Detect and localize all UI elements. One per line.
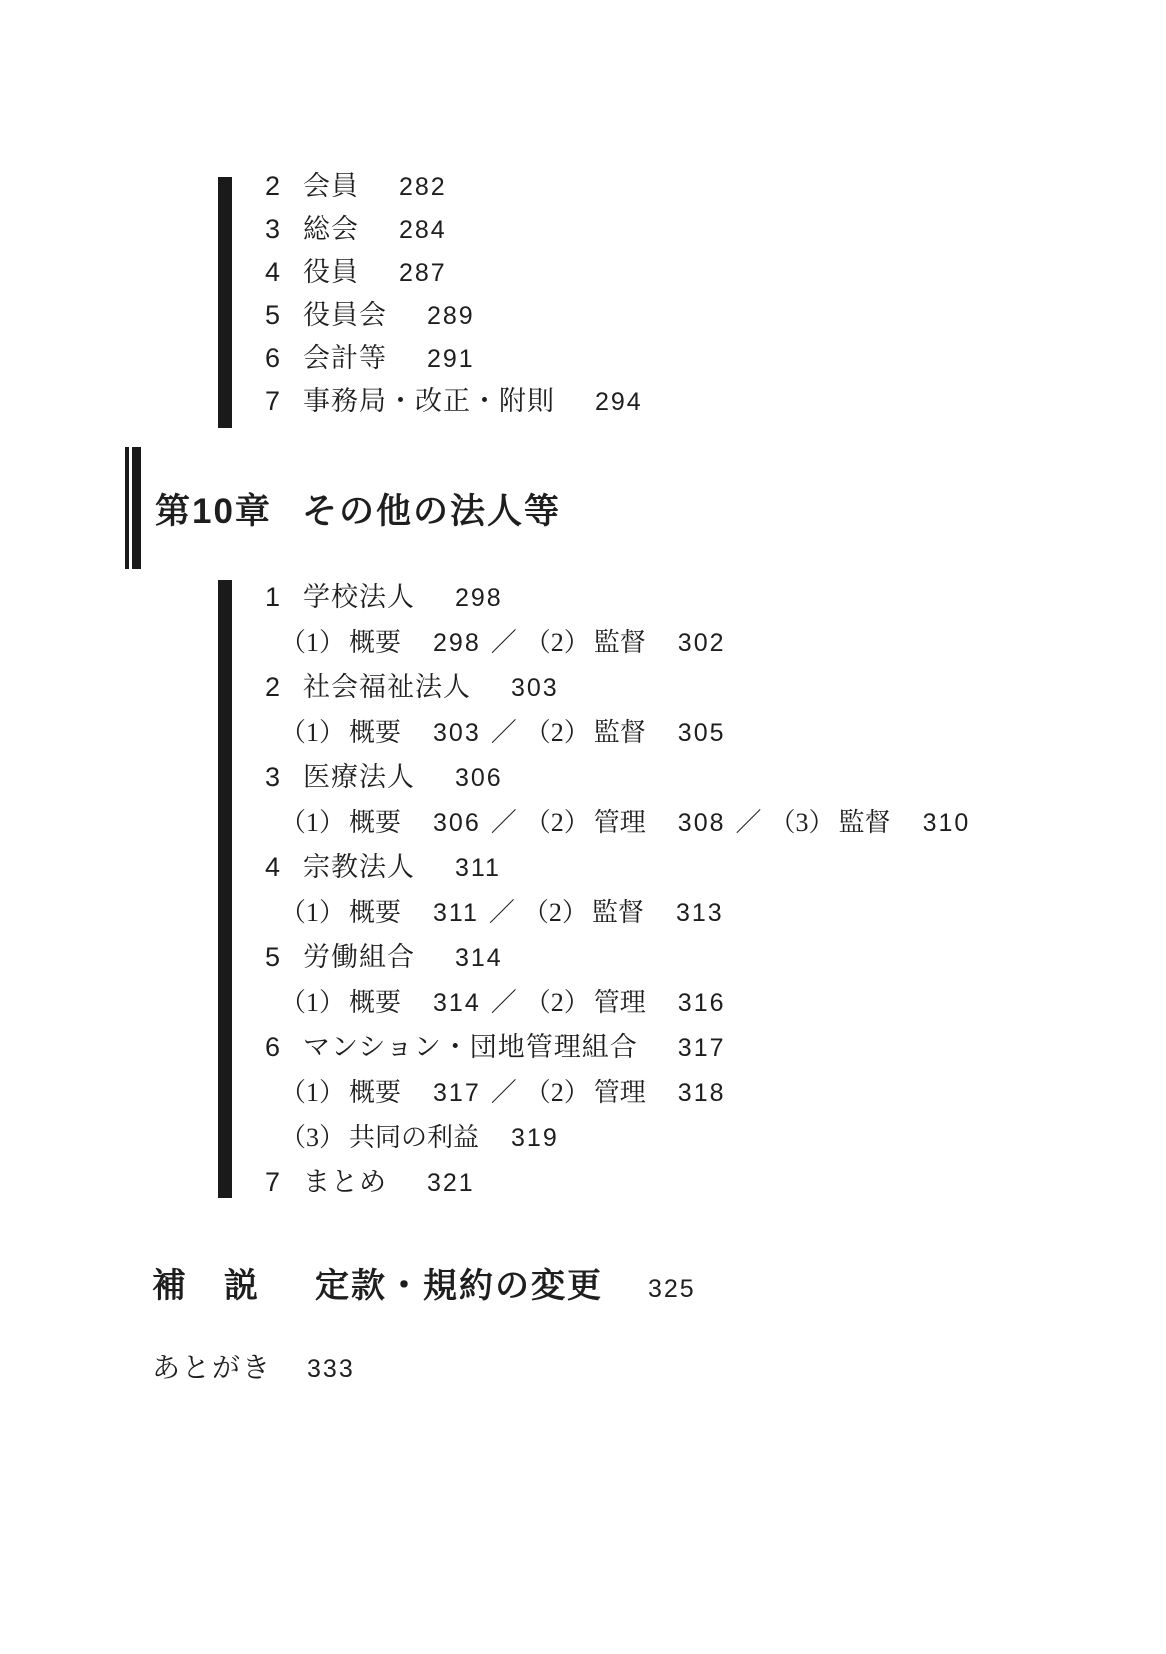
item-label: 学校法人 bbox=[303, 582, 415, 612]
item-page: 306 bbox=[455, 764, 503, 792]
separator-slash: ／ bbox=[491, 628, 517, 657]
section-rule-bar bbox=[218, 177, 232, 428]
subitem-label: 管理 bbox=[594, 1078, 646, 1107]
item-label: 総会 bbox=[303, 214, 359, 244]
subitem-page: 318 bbox=[678, 1079, 726, 1107]
item-page: 284 bbox=[399, 216, 447, 244]
toc-item: 2社会福祉法人303 bbox=[265, 665, 970, 710]
separator-slash: ／ bbox=[489, 898, 515, 927]
subitem-label: 概要 bbox=[349, 898, 401, 927]
separator-slash: ／ bbox=[491, 1078, 517, 1107]
toc-subitem-line: （1）概要311／（2）監督313 bbox=[265, 890, 970, 935]
toc-subitem-line: （1）概要306／（2）管理308／（3）監督310 bbox=[265, 800, 970, 845]
subitem-page: 317 bbox=[433, 1079, 481, 1107]
item-label: 宗教法人 bbox=[303, 852, 415, 882]
afterword-page: 333 bbox=[307, 1355, 355, 1383]
item-number: 3 bbox=[265, 755, 303, 800]
item-label: 役員会 bbox=[303, 300, 387, 330]
item-number: 4 bbox=[265, 251, 303, 294]
subitem-number: （1） bbox=[280, 718, 345, 747]
subitem-number: （2） bbox=[525, 808, 590, 837]
subitem-number: （1） bbox=[280, 1078, 345, 1107]
item-label: 会員 bbox=[303, 171, 359, 201]
item-label: 社会福祉法人 bbox=[303, 672, 471, 702]
supplement-heading: 補 説定款・規約の変更325 bbox=[152, 1258, 696, 1307]
item-number: 5 bbox=[265, 935, 303, 980]
item-number: 3 bbox=[265, 208, 303, 251]
subitem-label: 監督 bbox=[592, 898, 644, 927]
section-rule-bar bbox=[218, 580, 232, 1198]
subitem-page: 314 bbox=[433, 989, 481, 1017]
toc-item: 2会員282 bbox=[265, 165, 643, 208]
item-number: 6 bbox=[265, 1025, 303, 1070]
item-number: 4 bbox=[265, 845, 303, 890]
afterword-label: あとがき bbox=[152, 1352, 272, 1383]
item-label: まとめ bbox=[303, 1167, 387, 1197]
chapter-number: 第10章 bbox=[155, 492, 272, 531]
toc-item: 7まとめ321 bbox=[265, 1160, 970, 1205]
chapter-rule-thick-bar bbox=[132, 447, 141, 569]
subitem-number: （2） bbox=[525, 628, 590, 657]
subitem-number: （2） bbox=[525, 718, 590, 747]
item-page: 314 bbox=[455, 944, 503, 972]
item-label: 事務局・改正・附則 bbox=[303, 386, 555, 416]
chapter-rule-thin-bar bbox=[125, 447, 129, 569]
item-number: 5 bbox=[265, 294, 303, 337]
item-number: 7 bbox=[265, 380, 303, 423]
item-page: 287 bbox=[399, 259, 447, 287]
toc-item: 6マンション・団地管理組合317 bbox=[265, 1025, 970, 1070]
item-page: 291 bbox=[427, 345, 475, 373]
item-page: 321 bbox=[427, 1169, 475, 1197]
toc-item: 4役員287 bbox=[265, 251, 643, 294]
subitem-page: 305 bbox=[678, 719, 726, 747]
item-number: 1 bbox=[265, 575, 303, 620]
supplement-page: 325 bbox=[648, 1275, 696, 1303]
subitem-number: （3） bbox=[280, 1123, 345, 1152]
subitem-number: （1） bbox=[280, 898, 345, 927]
subitem-label: 監督 bbox=[594, 628, 646, 657]
toc-subitem-line: （1）概要314／（2）管理316 bbox=[265, 980, 970, 1025]
toc-item: 4宗教法人311 bbox=[265, 845, 970, 890]
item-page: 298 bbox=[455, 584, 503, 612]
toc-item: 3医療法人306 bbox=[265, 755, 970, 800]
toc-item: 5労働組合314 bbox=[265, 935, 970, 980]
subitem-label: 概要 bbox=[349, 808, 401, 837]
subitem-number: （2） bbox=[525, 1078, 590, 1107]
supplement-title: 定款・規約の変更 bbox=[315, 1267, 603, 1305]
chapter-heading: 第10章その他の法人等 bbox=[155, 484, 561, 534]
item-page: 311 bbox=[455, 854, 501, 882]
subitem-page: 313 bbox=[676, 899, 724, 927]
item-page: 303 bbox=[511, 674, 559, 702]
subitem-label: 共同の利益 bbox=[349, 1123, 479, 1152]
subitem-label: 管理 bbox=[594, 808, 646, 837]
subitem-page: 306 bbox=[433, 809, 481, 837]
subitem-page: 316 bbox=[678, 989, 726, 1017]
separator-slash: ／ bbox=[491, 808, 517, 837]
subitem-page: 319 bbox=[511, 1124, 559, 1152]
subitem-label: 管理 bbox=[594, 988, 646, 1017]
subitem-page: 302 bbox=[678, 629, 726, 657]
subitem-label: 概要 bbox=[349, 628, 401, 657]
toc-item: 3総会284 bbox=[265, 208, 643, 251]
subitem-label: 監督 bbox=[594, 718, 646, 747]
toc-item: 5役員会289 bbox=[265, 294, 643, 337]
item-number: 7 bbox=[265, 1160, 303, 1205]
item-label: 役員 bbox=[303, 257, 359, 287]
toc-subitem-line: （1）概要303／（2）監督305 bbox=[265, 710, 970, 755]
item-number: 2 bbox=[265, 165, 303, 208]
subitem-page: 308 bbox=[678, 809, 726, 837]
toc-item: 1学校法人298 bbox=[265, 575, 970, 620]
item-page: 289 bbox=[427, 302, 475, 330]
subitem-page: 310 bbox=[923, 809, 971, 837]
item-page: 294 bbox=[595, 388, 643, 416]
toc-item: 7事務局・改正・附則294 bbox=[265, 380, 643, 423]
subitem-label: 概要 bbox=[349, 718, 401, 747]
toc-subitem-line: （3）共同の利益319 bbox=[265, 1115, 970, 1160]
separator-slash: ／ bbox=[491, 718, 517, 747]
subitem-page: 311 bbox=[433, 899, 479, 927]
subitem-label: 概要 bbox=[349, 1078, 401, 1107]
item-label: 医療法人 bbox=[303, 762, 415, 792]
subitem-number: （2） bbox=[525, 988, 590, 1017]
subitem-label: 概要 bbox=[349, 988, 401, 1017]
supplement-label: 補 説 bbox=[152, 1267, 260, 1305]
item-label: マンション・団地管理組合 bbox=[303, 1032, 638, 1062]
separator-slash: ／ bbox=[736, 808, 762, 837]
subitem-page: 298 bbox=[433, 629, 481, 657]
toc-item: 6会計等291 bbox=[265, 337, 643, 380]
item-label: 会計等 bbox=[303, 343, 387, 373]
chapter-item-list: 1学校法人298 （1）概要298／（2）監督302 2社会福祉法人303 （1… bbox=[265, 575, 970, 1205]
subitem-number: （2） bbox=[523, 898, 588, 927]
item-label: 労働組合 bbox=[303, 942, 415, 972]
toc-subitem-line: （1）概要317／（2）管理318 bbox=[265, 1070, 970, 1115]
subitem-label: 監督 bbox=[839, 808, 891, 837]
separator-slash: ／ bbox=[491, 988, 517, 1017]
item-number: 2 bbox=[265, 665, 303, 710]
afterword-line: あとがき333 bbox=[152, 1346, 355, 1386]
subitem-number: （1） bbox=[280, 808, 345, 837]
item-page: 317 bbox=[678, 1034, 726, 1062]
prev-chapter-item-list: 2会員282 3総会284 4役員287 5役員会289 6会計等291 7事務… bbox=[265, 165, 643, 423]
item-page: 282 bbox=[399, 173, 447, 201]
toc-subitem-line: （1）概要298／（2）監督302 bbox=[265, 620, 970, 665]
subitem-page: 303 bbox=[433, 719, 481, 747]
subitem-number: （1） bbox=[280, 628, 345, 657]
item-number: 6 bbox=[265, 337, 303, 380]
subitem-number: （1） bbox=[280, 988, 345, 1017]
chapter-title: その他の法人等 bbox=[302, 492, 561, 531]
subitem-number: （3） bbox=[770, 808, 835, 837]
